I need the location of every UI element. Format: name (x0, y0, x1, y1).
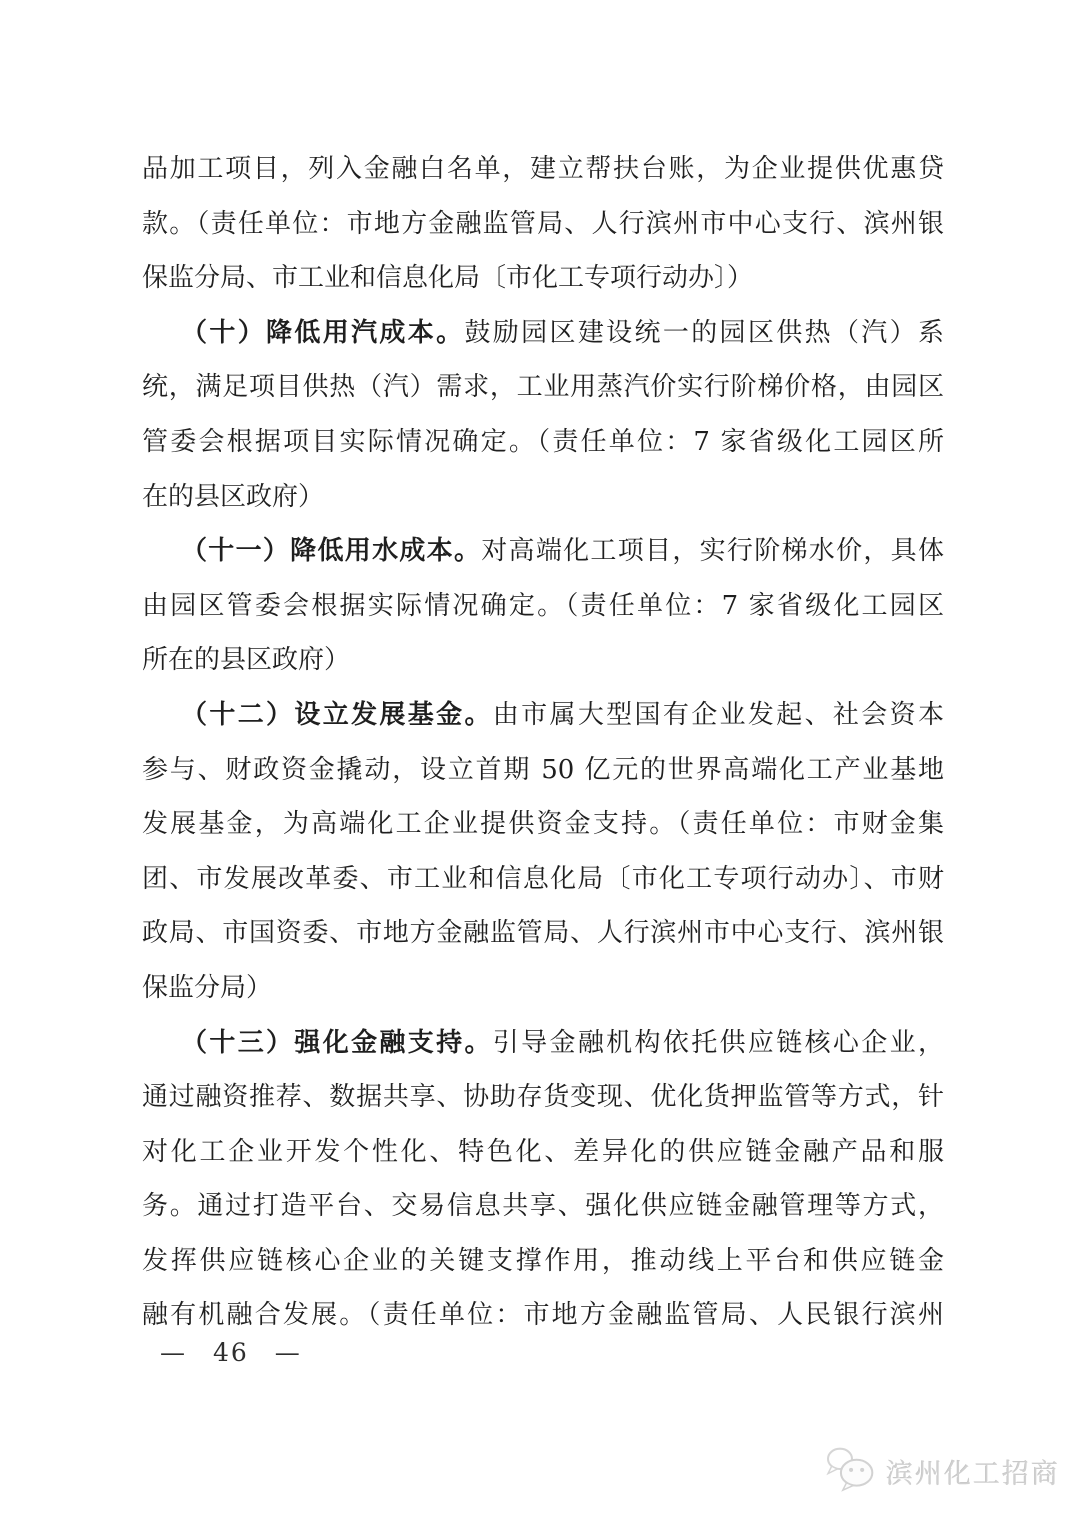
text-line: 发挥供应链核心企业的关键支撑作用，推动线上平台和供应链金 (142, 1234, 944, 1289)
text-line: 管委会根据项目实际情况确定。（责任单位：7 家省级化工园区所 (142, 415, 944, 470)
text-line: 政局、市国资委、市地方金融监管局、人行滨州市中心支行、滨州银 (142, 906, 944, 961)
watermark-label: 滨州化工招商 (886, 1452, 1060, 1491)
text-line: 发展基金，为高端化工企业提供资金支持。（责任单位：市财金集 (142, 797, 944, 852)
text-line: 融有机融合发展。（责任单位：市地方金融监管局、人民银行滨州 (142, 1288, 944, 1343)
line-text: 所在的县区政府） (142, 645, 350, 675)
document-body: 品加工项目，列入金融白名单，建立帮扶台账，为企业提供优惠贷 款。（责任单位：市地… (142, 142, 944, 1343)
line-text: 对化工企业开发个性化、特色化、差异化的供应链金融产品和服 (142, 1137, 944, 1167)
line-text: 保监分局） (142, 973, 272, 1003)
wechat-icon (824, 1445, 880, 1497)
text-line: （十一）降低用水成本。对高端化工项目，实行阶梯水价，具体 (142, 524, 944, 579)
text-line: （十）降低用汽成本。鼓励园区建设统一的园区供热（汽）系 (142, 306, 944, 361)
line-text: 由市属大型国有企业发起、社会资本 (493, 700, 944, 730)
clause-title: （十二）设立发展基金。 (181, 700, 493, 730)
line-text: 管委会根据项目实际情况确定。（责任单位：7 家省级化工园区所 (142, 427, 944, 457)
clause-title: （十）降低用汽成本。 (181, 318, 464, 348)
text-line: 保监分局） (142, 961, 944, 1016)
text-line: 所在的县区政府） (142, 633, 944, 688)
line-text: 统，满足项目供热（汽）需求，工业用蒸汽价实行阶梯价格，由园区 (142, 372, 944, 402)
clause-title: （十三）强化金融支持。 (181, 1028, 493, 1058)
text-line: 参与、财政资金撬动，设立首期 50 亿元的世界高端化工产业基地 (142, 743, 944, 798)
line-text: 引导金融机构依托供应链核心企业， (493, 1028, 944, 1058)
text-line: 品加工项目，列入金融白名单，建立帮扶台账，为企业提供优惠贷 (142, 142, 944, 197)
line-text: 在的县区政府） (142, 482, 324, 512)
line-text: 鼓励园区建设统一的园区供热（汽）系 (464, 318, 944, 348)
line-text: 由园区管委会根据实际情况确定。（责任单位：7 家省级化工园区 (142, 591, 944, 621)
line-text: 保监分局、市工业和信息化局〔市化工专项行动办〕） (142, 263, 753, 293)
text-line: （十三）强化金融支持。引导金融机构依托供应链核心企业， (142, 1016, 944, 1071)
line-text: 务。通过打造平台、交易信息共享、强化供应链金融管理等方式， (142, 1191, 944, 1221)
watermark: 滨州化工招商 (824, 1445, 1060, 1497)
text-line: 通过融资推荐、数据共享、协助存货变现、优化货押监管等方式，针 (142, 1070, 944, 1125)
line-text: 发挥供应链核心企业的关键支撑作用，推动线上平台和供应链金 (142, 1246, 944, 1276)
document-page: { "document": { "lines": [ { "text": "品加… (0, 0, 1080, 1527)
text-line: 团、市发展改革委、市工业和信息化局〔市化工专项行动办〕、市财 (142, 852, 944, 907)
page-number: — 46 — (160, 1338, 302, 1367)
line-text: 政局、市国资委、市地方金融监管局、人行滨州市中心支行、滨州银 (142, 918, 944, 948)
text-line: 务。通过打造平台、交易信息共享、强化供应链金融管理等方式， (142, 1179, 944, 1234)
line-text: 品加工项目，列入金融白名单，建立帮扶台账，为企业提供优惠贷 (142, 154, 944, 184)
text-line: 在的县区政府） (142, 470, 944, 525)
line-text: 通过融资推荐、数据共享、协助存货变现、优化货押监管等方式，针 (142, 1082, 944, 1112)
line-text: 款。（责任单位：市地方金融监管局、人行滨州市中心支行、滨州银 (142, 209, 944, 239)
text-line: 款。（责任单位：市地方金融监管局、人行滨州市中心支行、滨州银 (142, 197, 944, 252)
text-line: 保监分局、市工业和信息化局〔市化工专项行动办〕） (142, 251, 944, 306)
line-text: 发展基金，为高端化工企业提供资金支持。（责任单位：市财金集 (142, 809, 944, 839)
line-text: 融有机融合发展。（责任单位：市地方金融监管局、人民银行滨州 (142, 1300, 944, 1330)
text-line: 对化工企业开发个性化、特色化、差异化的供应链金融产品和服 (142, 1125, 944, 1180)
text-line: 由园区管委会根据实际情况确定。（责任单位：7 家省级化工园区 (142, 579, 944, 634)
line-text: 团、市发展改革委、市工业和信息化局〔市化工专项行动办〕、市财 (142, 864, 944, 894)
clause-title: （十一）降低用水成本。 (181, 536, 481, 566)
line-text: 对高端化工项目，实行阶梯水价，具体 (481, 536, 944, 566)
line-text: 参与、财政资金撬动，设立首期 50 亿元的世界高端化工产业基地 (142, 755, 944, 785)
text-line: （十二）设立发展基金。由市属大型国有企业发起、社会资本 (142, 688, 944, 743)
text-line: 统，满足项目供热（汽）需求，工业用蒸汽价实行阶梯价格，由园区 (142, 360, 944, 415)
